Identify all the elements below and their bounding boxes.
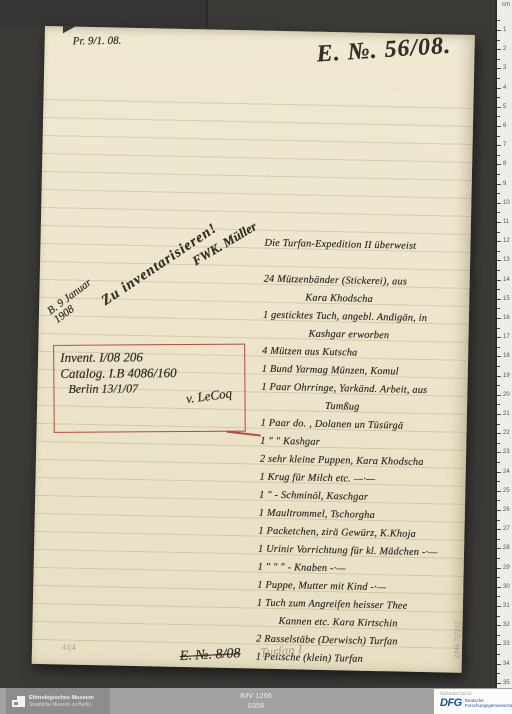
ruler-tick — [497, 78, 500, 79]
ruler-tick — [497, 145, 501, 146]
ruler-tick — [497, 299, 501, 300]
ruler-tick — [497, 452, 501, 453]
ruler-tick — [497, 289, 500, 290]
ruler-tick — [497, 443, 500, 444]
ruler-tick — [497, 260, 501, 261]
inventory-stamp: Invent. I/08 206 Catalog. I.B 4086/160 B… — [53, 344, 246, 433]
ruler-label: 18 — [503, 353, 510, 359]
ruler-label: 1 — [503, 27, 506, 33]
ruler-tick — [497, 116, 500, 117]
ruler-label: 30 — [503, 584, 510, 590]
ruler-tick — [497, 155, 500, 156]
ruler-tick — [497, 68, 501, 69]
footer-bar: Ethnologisches Museum Staatliche Museen … — [0, 688, 512, 714]
inventory-line: 24 Mützenbänder (Stickerei), aus — [264, 271, 470, 293]
ruler-label: 11 — [503, 219, 509, 225]
ruler-label: 6 — [503, 123, 506, 129]
dfg-logo-name: Deutsche Forschungsgemeinschaft — [465, 698, 512, 708]
ruler-tick — [497, 462, 500, 463]
document-page: Pr. 9/1. 08. E. №. 56/08. Zu inventarisi… — [32, 26, 475, 673]
ruler-tick — [497, 337, 501, 338]
ruler-tick — [497, 673, 500, 674]
ruler-tick — [497, 328, 500, 329]
ruler-tick — [497, 654, 500, 655]
dfg-logo-block: Gefördert durch DFG Deutsche Forschungsg… — [434, 689, 512, 714]
ruler-tick — [497, 529, 501, 530]
ruler-label: 15 — [503, 296, 510, 302]
ruler-tick — [497, 558, 500, 559]
ruler-tick — [497, 395, 501, 396]
ruler-tick — [497, 481, 500, 482]
ruler-label: 13 — [503, 257, 510, 263]
ruler-tick — [497, 20, 500, 21]
ruler-tick — [497, 270, 500, 271]
ruler-label: 22 — [503, 430, 510, 436]
ruler-tick — [497, 683, 501, 684]
ruler-label: 3 — [503, 65, 506, 71]
ruler-label: 7 — [503, 142, 506, 148]
ruler-tick — [497, 424, 500, 425]
ruler-label: 33 — [503, 641, 510, 647]
ruler-tick — [497, 49, 501, 50]
ruler-tick — [497, 548, 501, 549]
ruler-label: 26 — [503, 507, 510, 513]
ruler-tick — [497, 136, 500, 137]
ruler-label: 19 — [503, 373, 510, 379]
ruler-tick — [497, 366, 500, 367]
ruler-tick — [497, 577, 500, 578]
ruler-tick — [497, 88, 501, 89]
dfg-logo-acronym: DFG — [440, 697, 462, 709]
ruler-label: 29 — [503, 565, 510, 571]
ruler-label: 23 — [503, 449, 510, 455]
ruler-label: 9 — [503, 181, 506, 187]
ruler-tick — [497, 251, 500, 252]
ruler-label: 12 — [503, 238, 510, 244]
ruler-label: 34 — [503, 661, 510, 667]
inventory-line: 1 gesticktes Tuch, angebl. Andigän, in — [263, 307, 469, 329]
ruler-label: 27 — [503, 526, 510, 532]
ruler-label: 24 — [503, 469, 510, 475]
bottom-file-number: E. №. 8/08 — [179, 646, 240, 665]
ruler-tick — [497, 664, 501, 665]
ruler-label: 4 — [503, 85, 506, 91]
ruler-tick — [497, 625, 501, 626]
pencil-page-number: 41|4 — [62, 642, 76, 651]
ruler-label: 28 — [503, 545, 510, 551]
ruler-label: 14 — [503, 277, 510, 283]
ruler-label: 16 — [503, 315, 510, 321]
inventory-line: 1 Paar Ohrringe, Yarkänd. Arbeit, aus — [261, 379, 467, 401]
stamp-catalog-line: Catalog. I.B 4086/160 — [60, 365, 238, 382]
ruler-tick — [497, 539, 500, 540]
ruler-tick — [497, 232, 500, 233]
ruler-tick — [497, 164, 501, 165]
ruler-tick — [497, 500, 500, 501]
scan-ruler: cm 1234567891011121314151617181920212223… — [497, 0, 512, 688]
ruler-tick — [497, 347, 500, 348]
ruler-tick — [497, 308, 500, 309]
funding-note: Gefördert durch — [440, 691, 508, 696]
ruler-tick — [497, 491, 501, 492]
ruler-label: 25 — [503, 488, 510, 494]
paper-corner-notch — [63, 25, 77, 33]
file-number: E. №. 56/08. — [316, 33, 452, 69]
ruler-tick — [497, 414, 501, 415]
scan-viewer: Pr. 9/1. 08. E. №. 56/08. Zu inventarisi… — [0, 0, 512, 714]
ruler-tick — [497, 280, 501, 281]
pencil-margin-number: 2346 7|7212 — [452, 621, 462, 659]
ruler-tick — [497, 510, 501, 511]
stamp-invent-line: Invent. I/08 206 — [60, 349, 238, 366]
ruler-tick — [497, 433, 501, 434]
ruler-tick — [497, 385, 500, 386]
ruler-label: 5 — [503, 104, 506, 110]
ruler-tick — [497, 606, 501, 607]
ruler-label: 17 — [503, 334, 510, 340]
inventory-line: Die Turfan-Expedition II überweist — [264, 235, 470, 257]
ruler-tick — [497, 241, 501, 242]
dfg-name-line2: Forschungsgemeinschaft — [465, 703, 512, 708]
ruler-tick — [497, 184, 501, 185]
ruler-tick — [497, 520, 500, 521]
ruler-tick — [497, 107, 501, 108]
ruler-tick — [497, 40, 500, 41]
ruler-tick — [497, 635, 500, 636]
ruler-tick — [497, 596, 500, 597]
ruler-tick — [497, 318, 501, 319]
presented-note: Pr. 9/1. 08. — [73, 35, 122, 48]
ruler-tick — [497, 97, 500, 98]
ruler-tick — [497, 212, 500, 213]
ruler-tick — [497, 203, 501, 204]
ruler-tick — [497, 126, 501, 127]
ruler-tick — [497, 30, 501, 31]
ruler-tick — [497, 376, 501, 377]
ruler-tick — [497, 356, 501, 357]
ruler-unit-label: cm — [502, 2, 510, 8]
mount-seam — [206, 0, 208, 27]
ruler-tick — [497, 644, 501, 645]
ruler-tick — [497, 59, 500, 60]
ruler-label: 32 — [503, 622, 510, 628]
ruler-tick — [497, 193, 500, 194]
ruler-tick — [497, 587, 501, 588]
ruler-label: 2 — [503, 46, 506, 52]
ruler-tick — [497, 472, 501, 473]
inventory-list: Die Turfan-Expedition II überweist24 Müt… — [256, 235, 471, 671]
ruler-label: 21 — [503, 411, 510, 417]
ruler-tick — [497, 404, 500, 405]
ruler-label: 31 — [503, 603, 510, 609]
ruler-tick — [497, 222, 501, 223]
ruler-label: 10 — [503, 200, 510, 206]
ruler-label: 8 — [503, 161, 506, 167]
ruler-tick — [497, 616, 500, 617]
ruler-tick — [497, 174, 500, 175]
mount-shade — [0, 0, 207, 27]
ruler-tick — [497, 568, 501, 569]
ruler-label: 35 — [503, 680, 510, 686]
ruler-label: 20 — [503, 392, 510, 398]
